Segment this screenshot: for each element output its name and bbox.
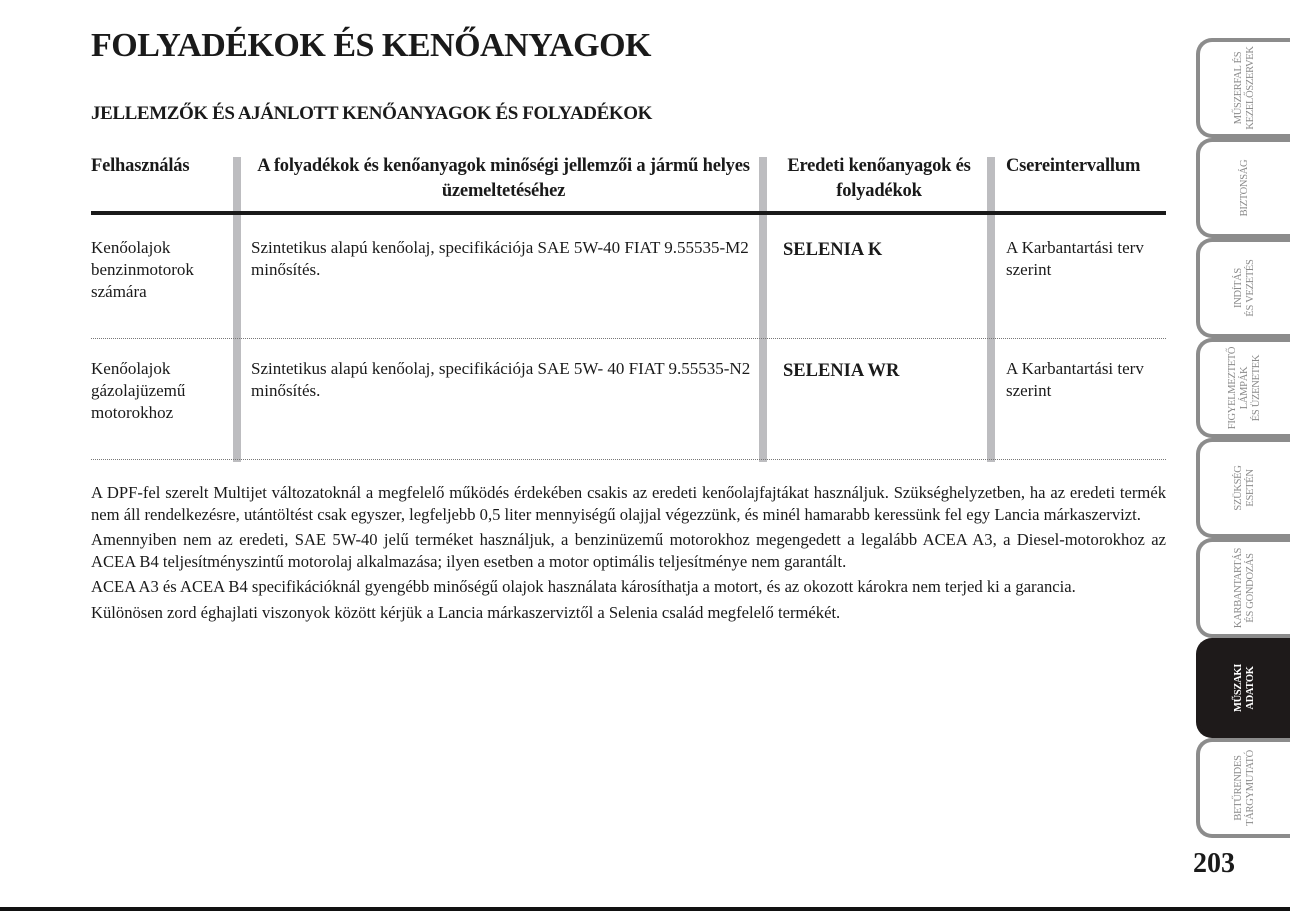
tab-figyelmezteto[interactable]: FIGYELMEZTETŐ LÁMPÁK ÉS ÜZENETEK [1196, 338, 1290, 438]
tab-label: MŰSZAKI ADATOK [1233, 643, 1257, 733]
note-paragraph: A DPF-fel szerelt Multijet változatoknál… [91, 482, 1166, 525]
tab-biztonsag[interactable]: BIZTONSÁG [1196, 138, 1290, 238]
column-separator [233, 157, 241, 462]
tab-karbantartas[interactable]: KARBANTARTÁS ÉS GONDOZÁS [1196, 538, 1290, 638]
row-2-interval: A Karbantartási terv szerint [1006, 358, 1166, 402]
row-1-product: SELENIA K [783, 239, 978, 261]
section-title: JELLEMZŐK ÉS AJÁNLOTT KENŐANYAGOK ÉS FOL… [91, 102, 652, 126]
notes-section: A DPF-fel szerelt Multijet változatoknál… [91, 482, 1166, 627]
note-paragraph: Különösen zord éghajlati viszonyok közöt… [91, 602, 1166, 624]
tab-targymutato[interactable]: BETŰRENDES TÁRGYMUTATÓ [1196, 738, 1290, 838]
chapter-tabs: MŰSZERFAL ÉS KEZELŐSZERVEK BIZTONSÁG IND… [1196, 38, 1290, 838]
row-2-spec: Szintetikus alapú kenőolaj, specifikáció… [251, 358, 756, 402]
bottom-rule [0, 907, 1290, 911]
row-2-usage: Kenőolajok gázolajüzemű motorokhoz [91, 358, 229, 424]
tab-inditas[interactable]: INDÍTÁS ÉS VEZETÉS [1196, 238, 1290, 338]
row-1-usage: Kenőolajok benzinmotorok számára [91, 237, 229, 303]
tab-label: MŰSZERFAL ÉS KEZELŐSZERVEK [1233, 43, 1257, 133]
row-2-product: SELENIA WR [783, 360, 978, 382]
row-1-spec: Szintetikus alapú kenőolaj, specifikáció… [251, 237, 756, 281]
page-title: FOLYADÉKOK ÉS KENŐANYAGOK [91, 26, 651, 66]
page-number: 203 [1193, 848, 1235, 880]
header-original-products: Eredeti kenőanyagok és folyadékok [769, 154, 989, 204]
tab-label: SZÜKSÉG ESETÉN [1233, 443, 1257, 533]
tab-muszaki-adatok[interactable]: MŰSZAKI ADATOK [1196, 638, 1290, 738]
row-1-interval: A Karbantartási terv szerint [1006, 237, 1166, 281]
tab-label: INDÍTÁS ÉS VEZETÉS [1233, 243, 1257, 333]
header-quality-specs: A folyadékok és kenőanyagok minőségi jel… [241, 154, 766, 204]
note-paragraph: ACEA A3 és ACEA B4 specifikációknál gyen… [91, 576, 1166, 598]
row-divider [91, 459, 1166, 460]
tab-label: KARBANTARTÁS ÉS GONDOZÁS [1233, 543, 1257, 633]
note-paragraph: Amennyiben nem az eredeti, SAE 5W-40 jel… [91, 529, 1166, 572]
header-usage: Felhasználás [91, 154, 231, 179]
tab-szukseg[interactable]: SZÜKSÉG ESETÉN [1196, 438, 1290, 538]
header-change-interval: Csereintervallum [1006, 154, 1166, 179]
header-rule [91, 211, 1166, 215]
tab-label: FIGYELMEZTETŐ LÁMPÁK ÉS ÜZENETEK [1227, 343, 1263, 433]
tab-muszerfal[interactable]: MŰSZERFAL ÉS KEZELŐSZERVEK [1196, 38, 1290, 138]
tab-label: BIZTONSÁG [1239, 143, 1251, 233]
lubricants-table: Felhasználás A folyadékok és kenőanyagok… [91, 150, 1166, 462]
row-divider [91, 338, 1166, 339]
tab-label: BETŰRENDES TÁRGYMUTATÓ [1233, 743, 1257, 833]
